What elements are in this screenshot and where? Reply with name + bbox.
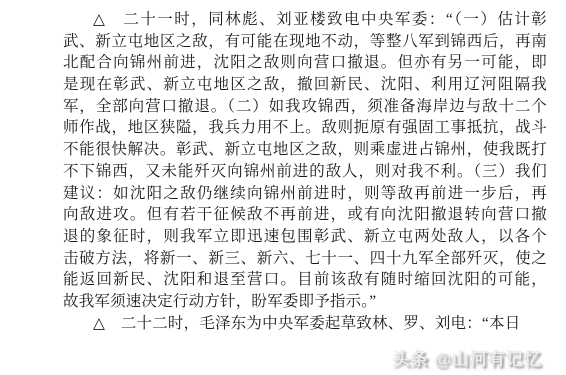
text-line: 故我军须速决定行动方针，盼军委即予指示。” bbox=[63, 291, 547, 313]
document-text: △ 二十一时，同林彪、刘亚楼致电中央军委：“（一）估计彰 武、新立屯地区之敌，有… bbox=[63, 9, 547, 334]
text-line: 北配合向锦州前进，沈阳之敌则向营口撤退。但亦有另一可能，即 bbox=[63, 52, 547, 74]
text-line: 是现在彰武、新立屯地区之敌，撤回新民、沈阳、利用辽河阻隔我 bbox=[63, 74, 547, 96]
text-line: 不能很快解决。彰武、新立屯地区之敌，则乘虚进占锦州，使我既打 bbox=[63, 139, 547, 161]
text-line: 军，全部向营口撤退。（二）如我攻锦西，须准备海岸边与敌十二个 bbox=[63, 96, 547, 118]
text-line: 向敌进攻。但有若干征候敌不再前进，或有向沈阳撤退转向营口撤 bbox=[63, 204, 547, 226]
text-line: △ 二十二时，毛泽东为中央军委起草致林、罗、刘电：“本日 bbox=[63, 313, 547, 335]
text-line: 武、新立屯地区之敌，有可能在现地不动，等整八军到锦西后，再南 bbox=[63, 31, 547, 53]
text-line: 建议：如沈阳之敌仍继续向锦州前进时，则等敌再前进一步后，再 bbox=[63, 183, 547, 205]
watermark: 头条 @山河有记忆 bbox=[393, 345, 542, 370]
text-line: 不下锦西，又未能歼灭向锦州前进的敌人，则对我不利。（三）我们 bbox=[63, 161, 547, 183]
text-line: 击破方法，将新一、新三、新六、七十一、四十九军全部歼灭，使之不 bbox=[63, 248, 547, 270]
text-line: 能返回新民、沈阳和退至营口。目前该敌有随时缩回沈阳的可能， bbox=[63, 269, 547, 291]
text-line: △ 二十一时，同林彪、刘亚楼致电中央军委：“（一）估计彰 bbox=[63, 9, 547, 31]
text-line: 退的象征时，则我军立即迅速包围彰武、新立屯两处敌人，以各个 bbox=[63, 226, 547, 248]
text-line: 师作战，地区狭隘，我兵力用不上。敌则扼原有强固工事抵抗，战斗 bbox=[63, 117, 547, 139]
book-page: △ 二十一时，同林彪、刘亚楼致电中央军委：“（一）估计彰 武、新立屯地区之敌，有… bbox=[0, 0, 566, 375]
watermark-text: 头条 @山河有记忆 bbox=[393, 350, 542, 369]
